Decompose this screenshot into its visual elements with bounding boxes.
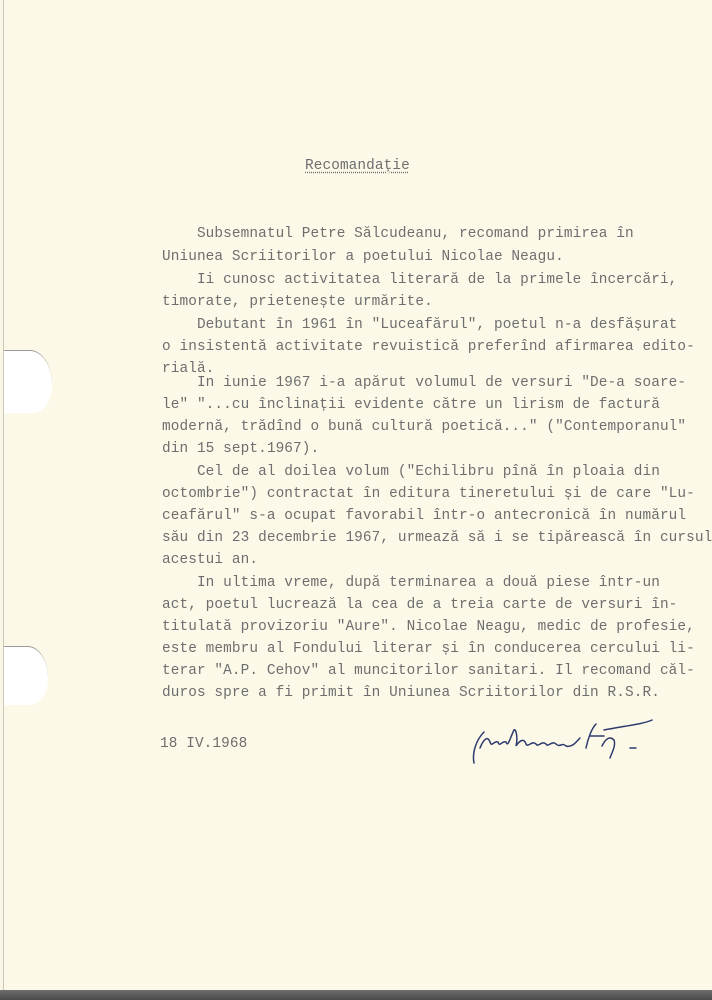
body-line: Uniunea Scriitorilor a poetului Nicolae … xyxy=(162,249,564,265)
body-line: o insistentă activitate revuistică prefe… xyxy=(162,339,695,355)
body-line: ceafărul" s-a ocupat favorabil într-o an… xyxy=(162,508,686,524)
scan-edge xyxy=(0,990,712,1000)
torn-punch-hole xyxy=(4,646,48,705)
body-line: Cel de al doilea volum ("Echilibru pînă … xyxy=(162,464,660,480)
body-line: duros spre a fi primit în Uniunea Scriit… xyxy=(162,685,660,701)
body-line: Debutant în 1961 în "Luceafărul", poetul… xyxy=(162,317,677,333)
body-line: octombrie") contractat în editura tinere… xyxy=(162,486,695,502)
body-line: In iunie 1967 i-a apărut volumul de vers… xyxy=(162,375,686,391)
body-line: acestui an. xyxy=(162,552,258,568)
document-title: Recomandație xyxy=(305,158,410,174)
handwritten-signature xyxy=(454,718,654,768)
body-line: titulată provizoriu "Aure". Nicolae Neag… xyxy=(162,619,695,635)
body-line: terar "A.P. Cehov" al muncitorilor sanit… xyxy=(162,663,695,679)
document-date: 18 IV.1968 xyxy=(160,736,247,752)
document-page: Recomandație Subsemnatul Petre Sălcudean… xyxy=(3,0,712,990)
body-line: este membru al Fondului literar și în co… xyxy=(162,641,695,657)
torn-punch-hole xyxy=(4,350,52,413)
body-line: timorate, prietenește urmărite. xyxy=(162,294,433,310)
body-line: modernă, trădînd o bună cultură poetică.… xyxy=(162,419,686,435)
body-line: din 15 sept.1967). xyxy=(162,441,319,457)
body-line: Subsemnatul Petre Sălcudeanu, recomand p… xyxy=(162,226,634,242)
body-line: Ii cunosc activitatea literară de la pri… xyxy=(162,272,677,288)
body-line: act, poetul lucrează la cea de a treia c… xyxy=(162,597,677,613)
body-line: le" "...cu înclinații evidente către un … xyxy=(162,397,660,413)
body-line: In ultima vreme, după terminarea a două … xyxy=(162,575,660,591)
body-line: său din 23 decembrie 1967, urmează să i … xyxy=(162,530,712,546)
